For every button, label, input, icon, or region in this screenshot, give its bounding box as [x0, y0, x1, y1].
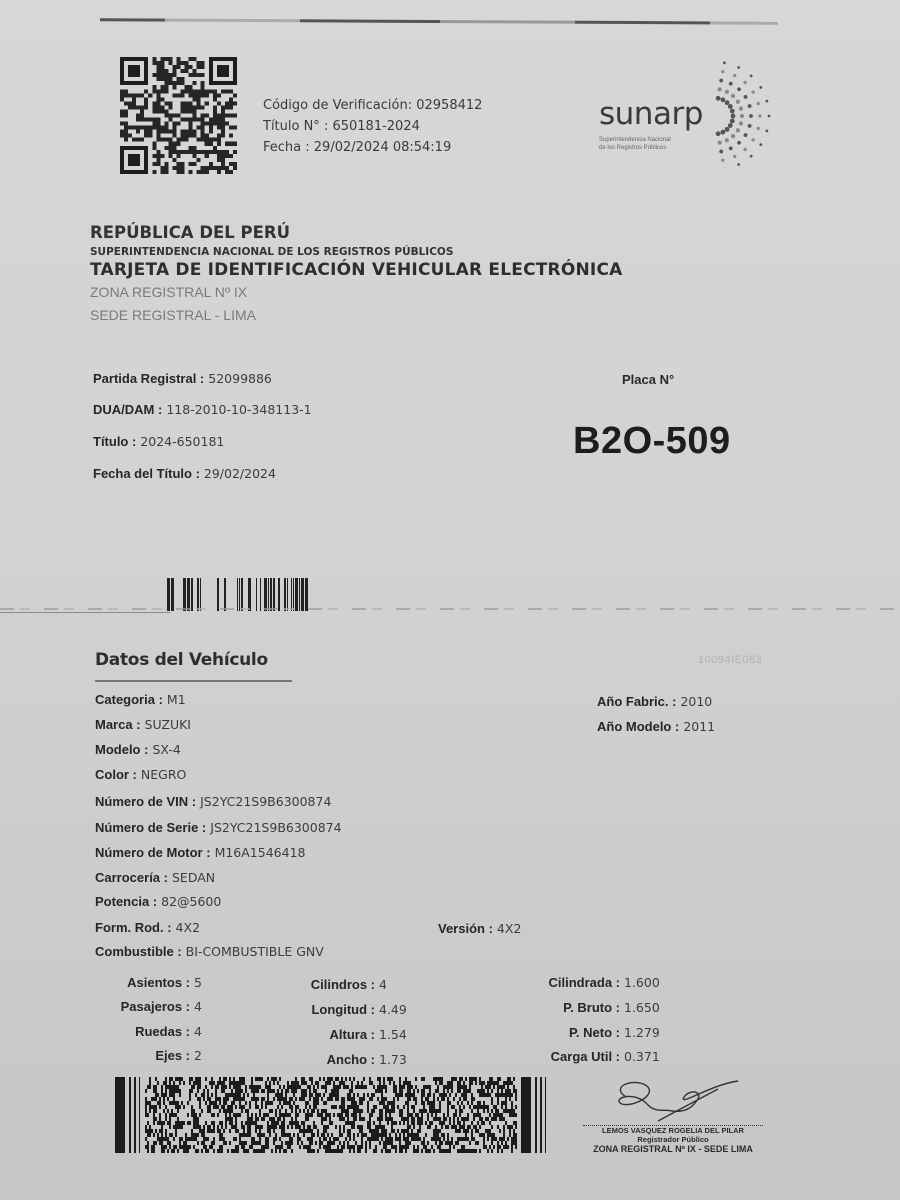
motor-value: M16A1546418	[215, 845, 306, 860]
verification-code: 02958412	[416, 98, 482, 113]
spec-cilindrada: Cilindrada :1.600	[0, 975, 660, 990]
partida-value: 52099886	[208, 371, 272, 386]
field-modelo: Modelo :SX-4	[95, 742, 181, 757]
titulo-field-value: 2024-650181	[140, 434, 224, 449]
field-form-rod: Form. Rod. :4X2	[95, 920, 200, 935]
fecha-value: 29/02/2024 08:54:19	[314, 140, 451, 155]
modelo-value: SX-4	[152, 742, 180, 757]
titulo-field: Título :2024-650181	[93, 434, 224, 449]
vin-label: Número de VIN :	[95, 794, 196, 809]
vehicle-section-title: Datos del Vehículo	[95, 650, 268, 670]
titulo-line: Título N° : 650181-2024	[263, 116, 482, 137]
institution-header: REPÚBLICA DEL PERÚ SUPERINTENDENCIA NACI…	[90, 223, 622, 323]
registry-zone: ZONA REGISTRAL Nº IX	[90, 284, 622, 300]
field-color: Color :NEGRO	[95, 767, 186, 782]
dua-dam-field: DUA/DAM :118-2010-10-348113-1	[93, 402, 312, 417]
logo-subtitle: Superintendencia Nacional de los Registr…	[599, 136, 709, 152]
ano-modelo-value: 2011	[683, 719, 715, 734]
document-page: Código de Verificación: 02958412 Título …	[0, 0, 900, 1200]
combustible-label: Combustible :	[95, 944, 182, 959]
version-value: 4X2	[497, 921, 521, 936]
plate-label: Placa N°	[622, 372, 674, 387]
agency-heading: SUPERINTENDENCIA NACIONAL DE LOS REGISTR…	[90, 246, 622, 258]
fecha-titulo-label: Fecha del Título :	[93, 466, 200, 481]
ano-fabric-label: Año Fabric. :	[597, 694, 676, 709]
categoria-label: Categoria :	[95, 692, 163, 707]
registry-office: SEDE REGISTRAL - LIMA	[90, 307, 622, 323]
combustible-value: BI-COMBUSTIBLE GNV	[186, 944, 324, 959]
ano-fabric-value: 2010	[680, 694, 712, 709]
field-ano-fabric: Año Fabric. :2010	[597, 694, 712, 709]
marca-label: Marca :	[95, 717, 141, 732]
section-underline	[95, 680, 292, 682]
field-potencia: Potencia :82@5600	[95, 894, 221, 909]
carroceria-value: SEDAN	[172, 870, 215, 885]
sunarp-logo: sunarp Superintendencia Nacional de los …	[595, 58, 795, 168]
dua-value: 118-2010-10-348113-1	[166, 402, 311, 417]
partida-registral-field: Partida Registral :52099886	[93, 371, 272, 386]
verification-block: Código de Verificación: 02958412 Título …	[263, 95, 482, 158]
dua-label: DUA/DAM :	[93, 402, 162, 417]
field-vin: Número de VIN :JS2YC21S9B6300874	[95, 794, 331, 809]
carroceria-label: Carrocería :	[95, 870, 168, 885]
modelo-label: Modelo :	[95, 742, 148, 757]
serie-value: JS2YC21S9B6300874	[210, 820, 341, 835]
field-motor: Número de Motor :M16A1546418	[95, 845, 305, 860]
p-neto-label: P. Neto :	[0, 1025, 620, 1040]
barcode-icon	[160, 578, 308, 611]
form-rod-value: 4X2	[176, 920, 200, 935]
faint-serial: 10094IE083	[698, 654, 762, 666]
color-value: NEGRO	[141, 767, 186, 782]
p-bruto-label: P. Bruto :	[0, 1000, 620, 1015]
fecha-titulo-value: 29/02/2024	[204, 466, 276, 481]
document-title: TARJETA DE IDENTIFICACIÓN VEHICULAR ELEC…	[90, 260, 622, 280]
qr-code-icon	[120, 57, 237, 174]
registrar-office: ZONA REGISTRAL Nº IX - SEDE LIMA	[578, 1144, 768, 1155]
fecha-label: Fecha :	[263, 140, 310, 155]
signature-block: LEMOS VASQUEZ ROGELIA DEL PILAR Registra…	[578, 1075, 778, 1165]
potencia-label: Potencia :	[95, 894, 157, 909]
field-combustible: Combustible :BI-COMBUSTIBLE GNV	[95, 944, 324, 959]
verification-code-line: Código de Verificación: 02958412	[263, 95, 482, 116]
form-rod-label: Form. Rod. :	[95, 920, 172, 935]
carga-util-value: 0.371	[624, 1049, 660, 1064]
plate-number: B2O-509	[573, 420, 731, 463]
spec-p-neto: P. Neto :1.279	[0, 1025, 660, 1040]
spec-carga-util: Carga Util :0.371	[0, 1049, 660, 1064]
partida-label: Partida Registral :	[93, 371, 204, 386]
field-categoria: Categoria :M1	[95, 692, 186, 707]
tear-line	[0, 608, 900, 610]
p-neto-value: 1.279	[624, 1025, 660, 1040]
titulo-field-label: Título :	[93, 434, 136, 449]
signature-icon	[598, 1075, 748, 1125]
categoria-value: M1	[167, 692, 186, 707]
serie-label: Número de Serie :	[95, 820, 206, 835]
version-label: Versión :	[438, 921, 493, 936]
logo-wordmark: sunarp	[599, 96, 703, 132]
top-divider	[100, 18, 778, 25]
country-heading: REPÚBLICA DEL PERÚ	[90, 223, 622, 242]
carga-util-label: Carga Util :	[0, 1049, 620, 1064]
marca-value: SUZUKI	[145, 717, 191, 732]
potencia-value: 82@5600	[161, 894, 221, 909]
field-marca: Marca :SUZUKI	[95, 717, 191, 732]
color-label: Color :	[95, 767, 137, 782]
field-serie: Número de Serie :JS2YC21S9B6300874	[95, 820, 342, 835]
fecha-line: Fecha : 29/02/2024 08:54:19	[263, 137, 482, 158]
spec-p-bruto: P. Bruto :1.650	[0, 1000, 660, 1015]
titulo-label: Título N° :	[263, 119, 328, 134]
cilindrada-label: Cilindrada :	[0, 975, 620, 990]
titulo-number: 650181-2024	[332, 119, 419, 134]
fecha-titulo-field: Fecha del Título :29/02/2024	[93, 466, 276, 481]
pdf417-barcode-icon	[115, 1077, 552, 1153]
registrar-role: Registrador Público	[578, 1136, 768, 1145]
field-carroceria: Carrocería :SEDAN	[95, 870, 215, 885]
field-version: Versión :4X2	[438, 921, 521, 936]
ano-modelo-label: Año Modelo :	[597, 719, 679, 734]
signature-text: LEMOS VASQUEZ ROGELIA DEL PILAR Registra…	[578, 1125, 768, 1155]
logo-subtitle-line1: Superintendencia Nacional	[599, 136, 709, 144]
motor-label: Número de Motor :	[95, 845, 211, 860]
tear-line-left	[0, 612, 170, 613]
field-ano-modelo: Año Modelo :2011	[597, 719, 715, 734]
p-bruto-value: 1.650	[624, 1000, 660, 1015]
cilindrada-value: 1.600	[624, 975, 660, 990]
vin-value: JS2YC21S9B6300874	[200, 794, 331, 809]
verification-code-label: Código de Verificación:	[263, 98, 412, 113]
logo-subtitle-line2: de los Registros Públicos	[599, 144, 709, 152]
